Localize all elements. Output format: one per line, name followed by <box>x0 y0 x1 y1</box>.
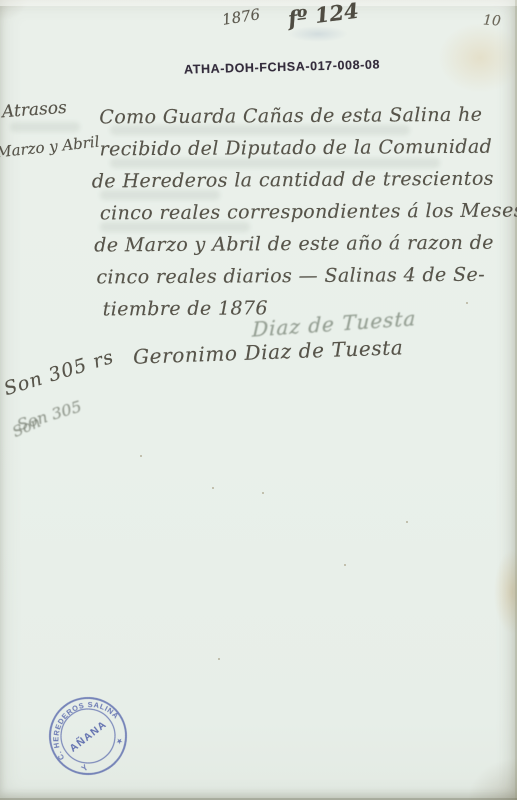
paper-speck <box>344 564 346 566</box>
document-page: 1876 fº 124 10 ATHA-DOH-FCHSA-017-008-08… <box>0 0 517 800</box>
margin-note-months: Marzo y Abril <box>0 133 100 162</box>
paper-speck <box>212 487 214 489</box>
body-line: de Herederos la cantidad de trescientos <box>92 163 500 198</box>
heirs-community-stamp: C. HEREDEROS SALINAS AÑANA Y ★ <box>29 677 147 795</box>
body-line: recibido del Diputado de la Comunidad <box>99 131 499 166</box>
signature: Geronimo Diaz de Tuesta <box>133 335 404 368</box>
paper-speck <box>218 658 220 660</box>
amount-note: Son 305 rs <box>1 346 116 400</box>
margin-note-atrasos: Atrasos <box>1 98 67 122</box>
body-line: de Marzo y Abril de este año á razon de <box>94 227 500 262</box>
body-line: cinco reales correspondientes á los Mese… <box>100 195 500 230</box>
archive-reference-code: ATHA-DOH-FCHSA-017-008-08 <box>184 57 380 76</box>
body-line: Como Guarda Cañas de esta Salina he <box>99 99 499 134</box>
stamp-star-icon: ★ <box>114 735 125 747</box>
bleedthrough-streak <box>10 122 80 132</box>
paper-speck <box>262 492 264 494</box>
pencil-smudge <box>288 26 348 42</box>
stamp-center-text: AÑANA <box>67 717 110 754</box>
paper-speck <box>140 455 142 457</box>
paper-speck <box>406 521 408 523</box>
stamp-bottom-left-char: Y <box>80 763 90 774</box>
page-corner-number: 10 <box>482 12 501 29</box>
receipt-body-text: Como Guarda Cañas de esta Salina he reci… <box>99 99 501 326</box>
year-annotation: 1876 <box>221 5 262 29</box>
body-line: cinco reales diarios — Salinas 4 de Se- <box>96 259 500 294</box>
